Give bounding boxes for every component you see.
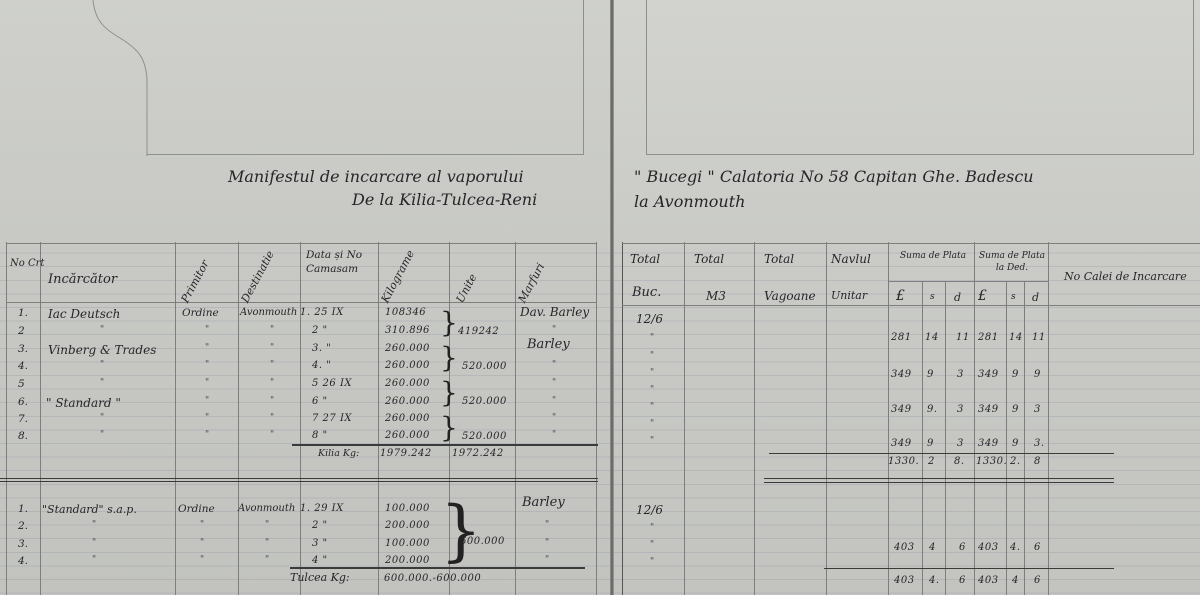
header-total-m3-2: M3 <box>706 289 726 303</box>
frame-curve <box>85 0 155 160</box>
kilia-total-label: Kilia Kg: <box>318 448 359 459</box>
header-total-vagoane-1: Total <box>764 252 794 266</box>
top-frame <box>147 0 584 155</box>
currency-pound: £ <box>896 288 905 304</box>
unite-value: 419242 <box>458 326 499 337</box>
ditto-mark: " <box>650 402 654 412</box>
buc-value: 12/6 <box>636 503 663 517</box>
header-data: Data și No Camasam <box>306 248 376 276</box>
header-suma-plata-led: Suma de Plata la Ded. <box>976 250 1048 274</box>
title-left-line1: Manifestul de incarcare al vaporului <box>228 167 524 186</box>
tulcea-total-label: Tulcea Kg: <box>290 571 350 584</box>
currency-shilling: s <box>1011 292 1016 302</box>
buc-value: 12/6 <box>636 312 663 326</box>
ditto-mark: " <box>650 436 654 446</box>
header-total-m3-1: Total <box>694 252 724 266</box>
ditto-mark: " <box>650 351 654 361</box>
title-right-line1: " Bucegi " Calatoria No 58 Capitan Ghe. … <box>634 167 1034 186</box>
unite-value: 520.000 <box>462 361 507 372</box>
ditto-mark: " <box>650 557 654 567</box>
header-navlul-1: Navlul <box>831 252 871 266</box>
title-right-line2: la Avonmouth <box>634 192 745 211</box>
currency-pence: d <box>1032 291 1039 304</box>
ditto-mark: " <box>650 368 654 378</box>
ditto-mark: " <box>650 333 654 343</box>
right-page: " Bucegi " Calatoria No 58 Capitan Ghe. … <box>614 0 1200 595</box>
ditto-mark: " <box>650 419 654 429</box>
unite-value: 600.000 <box>460 536 505 547</box>
header-nr: No Crt <box>10 258 44 269</box>
header-suma-plata: Suma de Plata <box>894 250 972 262</box>
header-navlul-2: Unitar <box>831 289 867 302</box>
ditto-mark: " <box>650 523 654 533</box>
title-left-line2: De la Kilia-Tulcea-Reni <box>352 190 537 209</box>
header-total-buc-2: Buc. <box>632 285 661 300</box>
currency-pence: d <box>954 291 961 304</box>
header-nr-cale: No Calei de Incarcare <box>1064 266 1194 288</box>
unite-value: 520.000 <box>462 431 507 442</box>
header-total-vagoane-2: Vagoane <box>764 289 816 303</box>
ditto-mark: " <box>650 385 654 395</box>
currency-pound: £ <box>978 288 987 304</box>
header-total-buc-1: Total <box>630 252 660 266</box>
tulcea-total: 600.000.-600.000 <box>384 573 481 584</box>
unite-value: 520.000 <box>462 396 507 407</box>
kilia-total-unite: 1972.242 <box>452 448 504 459</box>
ditto-mark: " <box>650 540 654 550</box>
left-page: Manifestul de incarcare al vaporului De … <box>0 0 612 595</box>
currency-shilling: s <box>930 292 935 302</box>
header-incarcator: Incărcător <box>48 272 117 287</box>
kilia-total-kg: 1979.242 <box>380 448 432 459</box>
top-frame <box>646 0 1194 155</box>
